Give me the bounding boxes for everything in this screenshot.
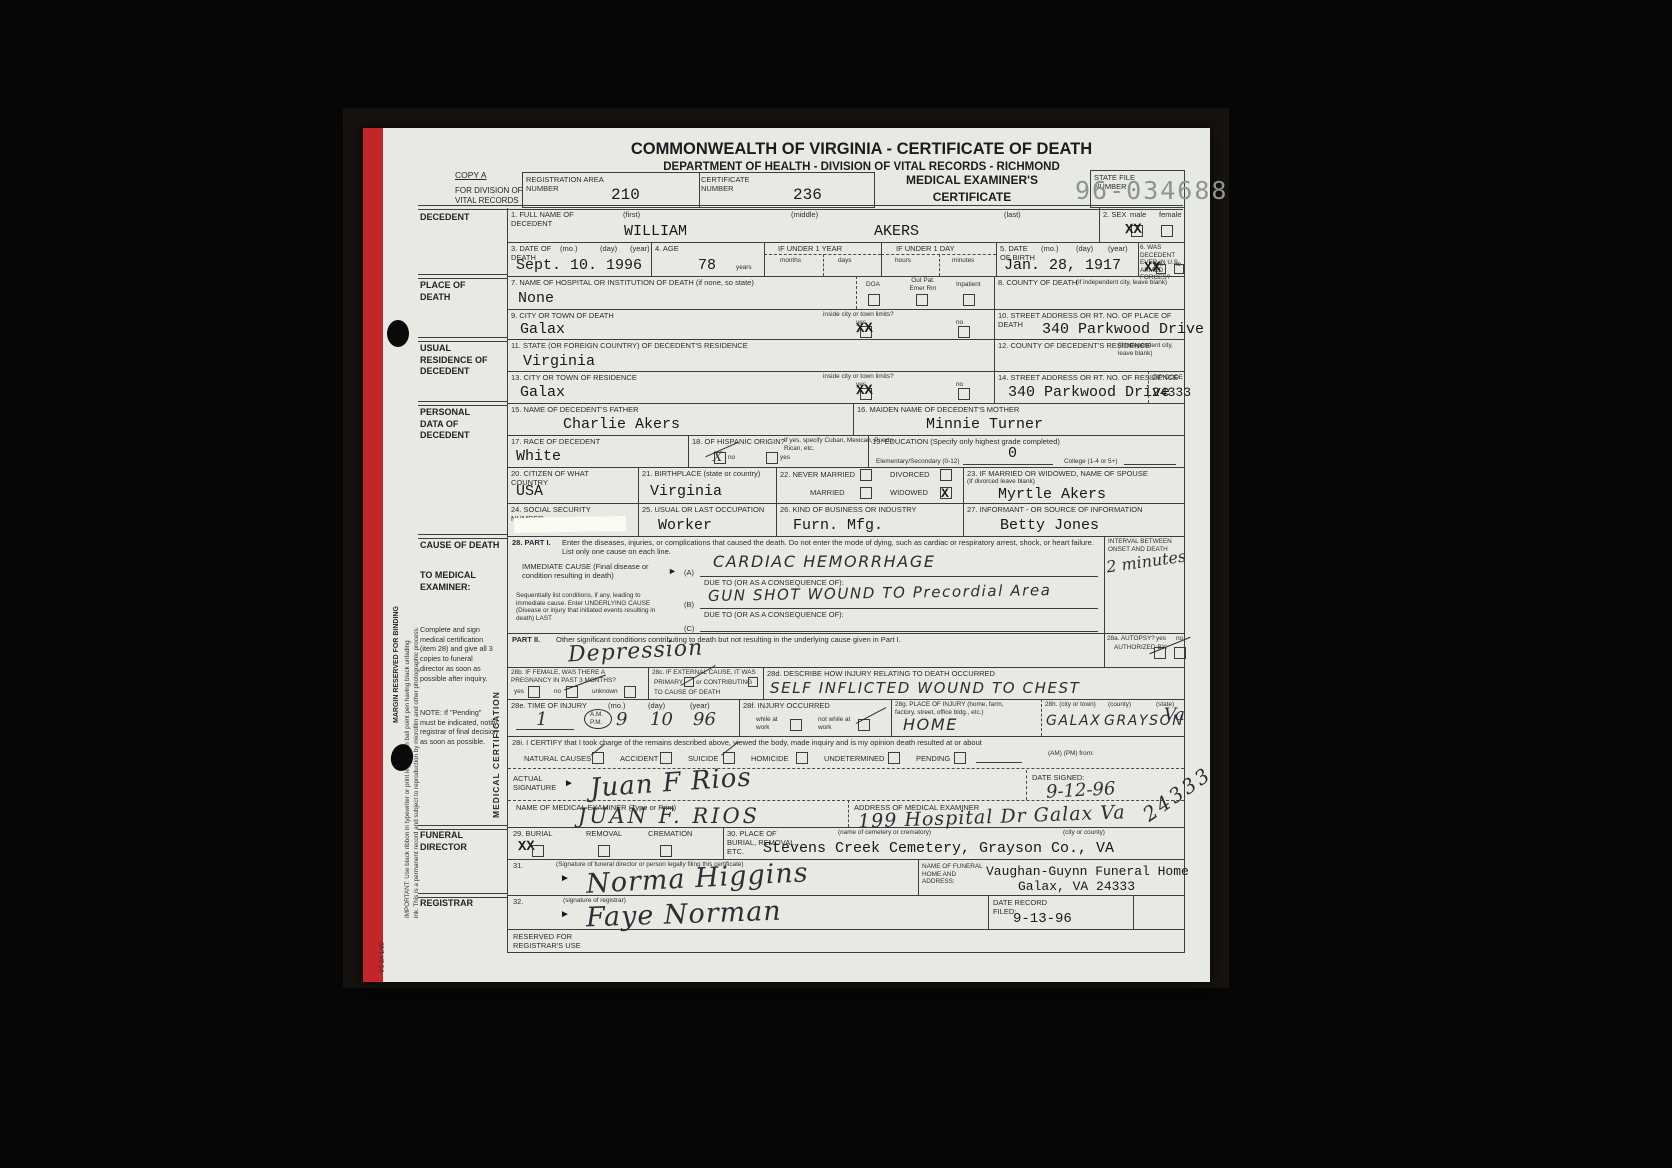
accident-label: ACCIDENT (620, 754, 658, 763)
sub-divider (848, 800, 849, 827)
cell-divider (881, 242, 882, 276)
funeral-home-address: Galax, VA 24333 (1018, 879, 1135, 894)
city-of-death-value: Galax (520, 321, 565, 338)
suicide-checkbox (723, 752, 735, 764)
certificate-number-value: 236 (793, 186, 822, 204)
spouse-label: 23. IF MARRIED OR WIDOWED, NAME OF SPOUS… (967, 469, 1177, 478)
day-sublabel: (day) (1076, 244, 1093, 253)
hospital-label: 7. NAME OF HOSPITAL OR INSTITUTION OF DE… (511, 278, 841, 287)
sub-divider (939, 254, 940, 276)
race-label: 17. RACE OF DECEDENT (511, 437, 600, 446)
no-sublabel: no (728, 454, 735, 462)
pm-sublabel: P.M. (590, 719, 602, 727)
sidebar-usual-residence: USUAL RESIDENCE OF DECEDENT (420, 343, 495, 378)
contributing-sublabel: or CONTRIBUTING (696, 679, 752, 687)
signature-pointer-icon: ► (564, 778, 574, 789)
full-name-label: 1. FULL NAME OF DECEDENT (511, 210, 581, 228)
hospital-value: None (518, 290, 554, 307)
natural-causes-checkbox (592, 752, 604, 764)
examiner-zip-scrawl: 24333 (1138, 762, 1216, 827)
injury-description-value: SELF INFLICTED WOUND TO CHEST (770, 679, 1080, 697)
years-sublabel: years (736, 264, 752, 272)
divorced-label: DIVORCED (890, 470, 930, 479)
informant-value: Betty Jones (1000, 517, 1099, 534)
burial-label: 29. BURIAL (513, 829, 553, 838)
forces-yes-mark: XX (1144, 260, 1161, 277)
section-divider (418, 401, 507, 406)
months-sublabel: months (780, 257, 801, 265)
removal-label: REMOVAL (586, 829, 622, 838)
pregnancy-label: 28b. IF FEMALE, WAS THERE A PREGNANCY IN… (511, 669, 641, 684)
sub-divider (1026, 770, 1027, 800)
autopsy-label: 28a. AUTOPSY? (1107, 635, 1155, 643)
cell-divider (994, 309, 995, 339)
cell-divider (776, 503, 777, 536)
section-divider (418, 534, 507, 539)
cell-divider (688, 435, 689, 467)
cell-divider (994, 339, 995, 371)
sex-label: 2. SEX (1103, 210, 1126, 219)
cell-divider (723, 827, 724, 859)
cremation-checkbox (660, 845, 672, 857)
reserved-strip: RESERVED FOR REGISTRAR'S USE (508, 929, 1184, 952)
cremation-label: CREMATION (648, 829, 692, 838)
certificate-number-box: CERTIFICATE NUMBER 236 (698, 172, 875, 208)
injury-month-value: 9 (616, 709, 627, 730)
scanned-death-certificate: MARGIN RESERVED FOR BINDING IMPORTANT: U… (0, 0, 1672, 1168)
immediate-cause-value: CARDIAC HEMORRHAGE (713, 552, 936, 571)
part2-block: PART II. Other significant conditions co… (508, 633, 1184, 668)
city-residence-value: Galax (520, 384, 565, 401)
informant-label: 27. INFORMANT - OR SOURCE OF INFORMATION (967, 505, 1177, 514)
cell-divider (1104, 536, 1105, 633)
yes-sublabel: yes (514, 688, 524, 696)
cell-divider (891, 699, 892, 736)
cell-divider (1099, 208, 1100, 242)
place-of-injury-value: HOME (903, 715, 958, 734)
city-town-sublabel: 28h. (city or town) (1045, 701, 1096, 709)
pending-label: PENDING (916, 754, 950, 763)
not-while-at-work-sublabel: not while at work (818, 716, 854, 731)
part1-head: 28. PART I. (512, 538, 551, 547)
cell-divider (963, 503, 964, 536)
burial-checkbox (532, 845, 544, 857)
elementary-sublabel: Elementary/Secondary (0-12) (876, 458, 959, 466)
never-married-checkbox (860, 469, 872, 481)
row-city-residence: 13. CITY OR TOWN OF RESIDENCE Galax insi… (508, 371, 1184, 404)
row-burial: 29. BURIAL REMOVAL CREMATION XX 30. PLAC… (508, 827, 1184, 860)
fill-line (516, 729, 574, 730)
fill-line (976, 762, 1022, 763)
no-sublabel: no (554, 688, 561, 696)
mother-value: Minnie Turner (926, 416, 1043, 433)
row-parents: 15. NAME OF DECEDENT'S FATHER Charlie Ak… (508, 403, 1184, 436)
part1-head-text: Enter the diseases, injuries, or complic… (562, 538, 1102, 547)
copy-label: COPY A (455, 170, 487, 180)
sidebar-personal-data: PERSONAL DATA OF DECEDENT (420, 407, 495, 442)
registrar-signature: Faye Norman (586, 896, 783, 934)
line-a-sublabel: (A) (684, 568, 694, 577)
injury-year-value: 96 (693, 709, 716, 730)
cell-divider (996, 242, 997, 276)
sidebar-registrar: REGISTRAR (420, 898, 473, 910)
fill-line (1124, 464, 1176, 465)
race-value: White (516, 448, 561, 465)
state-file-number-stamp: 96-034688 (1075, 176, 1228, 205)
block-28i: 28i. I CERTIFY that I took charge of the… (508, 736, 1184, 828)
row-registrar-signature: 32. (signature of registrar) ► Faye Norm… (508, 895, 1184, 930)
year-sublabel: (year) (630, 244, 650, 253)
doa-checkbox (868, 294, 880, 306)
cell-divider (638, 503, 639, 536)
margin-important-text-1: IMPORTANT: Use black ribbon in typewrite… (404, 418, 413, 918)
sub-divider (856, 276, 857, 309)
married-checkbox (860, 487, 872, 499)
college-sublabel: College (1-4 or 5+) (1064, 458, 1117, 466)
cell-divider (776, 467, 777, 503)
injury-city-value: GALAX (1046, 713, 1101, 729)
undetermined-label: UNDETERMINED (824, 754, 884, 763)
row-28e: 28e. TIME OF INJURY (mo.) (day) (year) 1… (508, 699, 1184, 737)
part1-block: 28. PART I. Enter the diseases, injuries… (508, 536, 1184, 634)
unknown-sublabel: unknown (592, 688, 618, 696)
row-citizen: 20. CITIZEN OF WHAT COUNTRY USA 21. BIRT… (508, 467, 1184, 504)
certificate-paper: MARGIN RESERVED FOR BINDING IMPORTANT: U… (363, 128, 1210, 982)
row-full-name: 1. FULL NAME OF DECEDENT (first) (middle… (508, 208, 1184, 243)
ampm-from-label: (AM) (PM) from: (1048, 750, 1094, 758)
part1-head-text2: List only one cause on each line. (562, 547, 671, 556)
homicide-checkbox (796, 752, 808, 764)
cell-divider (988, 895, 989, 929)
reserved-label: RESERVED FOR REGISTRAR'S USE (513, 932, 583, 950)
dashed-divider (508, 768, 1184, 769)
funeral-home-label: NAME OF FUNERAL HOME AND ADDRESS: (922, 863, 984, 886)
hole-punch (387, 320, 409, 347)
cell-divider (648, 667, 649, 699)
county-of-death-label: 8. COUNTY OF DEATH (998, 278, 1077, 287)
sidebar-funeral-director: FUNERAL DIRECTOR (420, 830, 490, 853)
sex-male-label: male (1130, 210, 1146, 219)
sub-divider (1148, 371, 1149, 403)
cell-divider (1133, 895, 1134, 929)
dashed-divider (508, 800, 1184, 801)
suicide-label: SUICIDE (688, 754, 718, 763)
actual-signature-label: ACTUAL SIGNATURE (513, 774, 557, 792)
outpat-checkbox (916, 294, 928, 306)
date-of-death-value: Sept. 10. 1996 (516, 257, 642, 274)
row-state-residence: 11. STATE (OR FOREIGN COUNTRY) OF DECEDE… (508, 339, 1184, 372)
whiteout-patch (514, 516, 626, 533)
doa-label: DOA (866, 281, 880, 289)
cell-divider (918, 859, 919, 895)
primary-sublabel: PRIMARY (654, 679, 683, 687)
cemetery-note: (name of cemetery or crematory) (838, 829, 931, 837)
sidebar-decedent: DECEDENT (420, 212, 470, 224)
date-of-birth-value: Jan. 28, 1917 (1004, 257, 1121, 274)
sidebar-note: NOTE: If "Pending" must be indicated, no… (420, 708, 498, 747)
cell-divider (763, 667, 764, 699)
city-county-note: (city or county) (1063, 829, 1105, 837)
sequential-label: Sequentially list conditions, if any, le… (516, 592, 666, 622)
accident-checkbox (660, 752, 672, 764)
county-sublabel: (county) (1108, 701, 1131, 709)
natural-causes-label: NATURAL CAUSES (524, 754, 591, 763)
birthplace-value: Virginia (650, 483, 722, 500)
education-value: 0 (1008, 445, 1017, 462)
section-divider (418, 337, 507, 342)
citizen-value: USA (516, 483, 543, 500)
medical-examiners-label: MEDICAL EXAMINER'S (874, 173, 1070, 187)
cell-divider (651, 242, 652, 276)
binding-red-strip (363, 128, 383, 982)
cause-line-c (700, 631, 1098, 632)
fill-line (963, 464, 1053, 465)
autopsy-no-checkbox (1174, 647, 1186, 659)
cell-divider (853, 403, 854, 435)
year-sublabel: (year) (1108, 244, 1128, 253)
injury-occurred-label: 28f. INJURY OCCURRED (743, 701, 830, 710)
sex-male-mark: XX (1125, 222, 1142, 239)
examiner-name-value: JUAN F. RIOS (578, 804, 760, 828)
mo-sublabel: (mo.) (560, 244, 578, 253)
place-of-injury-label: 28g. PLACE OF INJURY (home, farm, factor… (895, 701, 1025, 716)
certificate-word-label: CERTIFICATE (874, 190, 1070, 204)
item-32-number: 32. (513, 897, 523, 906)
zip-label: ZIP CODE (1153, 374, 1183, 382)
sidebar-place-of-death: PLACE OF DEATH (420, 280, 490, 303)
education-label: 19. EDUCATION (Specify only highest grad… (872, 437, 1060, 446)
divorced-checkbox (940, 469, 952, 481)
injury-description-label: 28d. DESCRIBE HOW INJURY RELATING TO DEA… (767, 669, 995, 678)
street-of-death-value: 340 Parkwood Drive (1042, 321, 1204, 338)
age-label: 4. AGE (655, 244, 679, 253)
street-residence-value: 340 Parkwood Drive (1008, 384, 1170, 401)
sidebar-to-medical-examiner: TO MEDICAL EXAMINER: (420, 570, 490, 593)
first-sublabel: (first) (623, 210, 640, 219)
signature-pointer-icon: ► (560, 873, 570, 884)
time-of-injury-label: 28e. TIME OF INJURY (511, 701, 587, 710)
cell-divider (994, 276, 995, 309)
form-code: VS 2A 1/89 (379, 918, 387, 973)
certificate-number-label: CERTIFICATE NUMBER (701, 175, 771, 193)
registration-area-value: 210 (611, 186, 640, 204)
last-sublabel: (last) (1004, 210, 1021, 219)
zip-value: 24333 (1152, 385, 1191, 400)
cell-divider (963, 467, 964, 503)
if-under-1-year-label: IF UNDER 1 YEAR (778, 244, 842, 253)
county-residence-note: (if independent city, leave blank) (1118, 342, 1184, 357)
registration-area-box: REGISTRATION AREA NUMBER 210 (522, 172, 700, 208)
cell-divider (1138, 242, 1139, 276)
check-mark (856, 707, 886, 724)
row-city-of-death: 9. CITY OR TOWN OF DEATH Galax inside ci… (508, 309, 1184, 340)
sex-female-checkbox (1161, 225, 1173, 237)
row-hospital: 7. NAME OF HOSPITAL OR INSTITUTION OF DE… (508, 276, 1184, 310)
while-at-work-sublabel: while at work (756, 716, 786, 731)
forces-no-checkbox (1174, 264, 1184, 274)
cell-divider (994, 371, 995, 403)
cause-line-a (700, 576, 1098, 577)
county-of-death-note: (if independent city, leave blank) (1076, 279, 1167, 287)
minutes-sublabel: minutes (952, 257, 974, 265)
sidebar-cause-of-death: CAUSE OF DEATH (420, 540, 500, 552)
day-sublabel: (day) (600, 244, 617, 253)
certificate-form: 1. FULL NAME OF DECEDENT (first) (middle… (507, 208, 1185, 953)
limits-yes-mark: XX (856, 383, 873, 400)
spouse-note: (If divorced leave blank) (967, 478, 1035, 486)
am-sublabel: A.M. (590, 711, 603, 719)
removal-checkbox (598, 845, 610, 857)
mo-sublabel: (mo.) (1041, 244, 1059, 253)
item-31-number: 31. (513, 861, 523, 870)
limits-no-checkbox (958, 326, 970, 338)
father-label: 15. NAME OF DECEDENT'S FATHER (511, 405, 639, 414)
undetermined-checkbox (888, 752, 900, 764)
row-ssn: 24. SOCIAL SECURITY NUMBER 25. USUAL OR … (508, 503, 1184, 537)
never-married-label: 22. NEVER MARRIED (780, 470, 855, 479)
mother-label: 16. MAIDEN NAME OF DECEDENT'S MOTHER (857, 405, 1019, 414)
row-date-of-death: 3. DATE OF DEATH (mo.) (day) (year) Sept… (508, 242, 1184, 277)
outpat-emer-label: Out Pat. Emer Rm (906, 277, 940, 292)
father-value: Charlie Akers (563, 416, 680, 433)
date-filed-value: 9-13-96 (1013, 911, 1072, 927)
signature-pointer-icon: ► (560, 909, 570, 920)
row-race: 17. RACE OF DECEDENT White 18. OF HISPAN… (508, 435, 1184, 468)
industry-value: Furn. Mfg. (793, 517, 883, 534)
middle-sublabel: (middle) (791, 210, 818, 219)
homicide-label: HOMICIDE (751, 754, 789, 763)
pregnancy-unknown-checkbox (624, 686, 636, 698)
cell-divider (1104, 633, 1105, 667)
row-28b: 28b. IF FEMALE, WAS THERE A PREGNANCY IN… (508, 667, 1184, 700)
to-cause-sublabel: TO CAUSE OF DEATH (654, 689, 720, 697)
yes-sublabel: yes (1156, 635, 1166, 643)
place-of-burial-value: Stevens Creek Cemetery, Grayson Co., VA (763, 840, 1114, 857)
cell-divider (638, 467, 639, 503)
days-sublabel: days (838, 257, 852, 265)
hours-sublabel: hours (895, 257, 911, 265)
widowed-mark: X (941, 486, 949, 501)
spouse-value: Myrtle Akers (998, 486, 1106, 503)
city-of-death-label: 9. CITY OR TOWN OF DEATH (511, 311, 614, 320)
contributing-checkbox (748, 677, 758, 687)
pending-checkbox (954, 752, 966, 764)
yes-sublabel: yes (780, 454, 790, 462)
state-residence-label: 11. STATE (OR FOREIGN COUNTRY) OF DECEDE… (511, 341, 748, 350)
injury-day-value: 10 (650, 709, 673, 730)
injury-state-value: Va (1164, 705, 1185, 725)
immediate-cause-label: IMMEDIATE CAUSE (Final disease or condit… (522, 562, 652, 580)
section-divider (418, 274, 507, 279)
street-residence-label: 14. STREET ADDRESS OR RT. NO. OF RESIDEN… (998, 373, 1178, 382)
margin-binding-text: MARGIN RESERVED FOR BINDING (393, 383, 403, 723)
city-residence-label: 13. CITY OR TOWN OF RESIDENCE (511, 373, 637, 382)
cause-line-b (700, 608, 1098, 609)
hispanic-yes-checkbox (766, 452, 778, 464)
cell-divider (764, 242, 765, 276)
limits-label: inside city or town limits? (823, 373, 894, 381)
while-at-work-checkbox (790, 719, 802, 731)
industry-label: 26. KIND OF BUSINESS OR INDUSTRY (780, 505, 940, 514)
if-under-1-day-label: IF UNDER 1 DAY (896, 244, 955, 253)
limits-label: inside city or town limits? (823, 311, 894, 319)
cell-divider (739, 699, 740, 736)
sub-divider (823, 254, 824, 276)
registration-area-label: REGISTRATION AREA NUMBER (526, 175, 606, 193)
occupation-label: 25. USUAL OR LAST OCCUPATION (642, 505, 767, 514)
state-residence-value: Virginia (523, 353, 595, 370)
line-b-sublabel: (B) (684, 600, 694, 609)
part2-head: PART II. (512, 635, 540, 644)
sidebar-instructions: Complete and sign medical certification … (420, 625, 498, 683)
widowed-label: WIDOWED (890, 488, 928, 497)
last-name-value: AKERS (874, 223, 919, 240)
occupation-value: Worker (658, 517, 712, 534)
sex-female-label: female (1159, 210, 1182, 219)
medical-certification-vertical-label: MEDICAL CERTIFICATION (491, 578, 502, 818)
limits-yes-mark: XX (856, 321, 873, 338)
first-name-value: WILLIAM (624, 223, 687, 240)
limits-no-checkbox (958, 388, 970, 400)
birthplace-label: 21. BIRTHPLACE (state or country) (642, 469, 762, 478)
sub-divider (1041, 699, 1042, 736)
inpatient-label: Inpatient (956, 281, 981, 289)
inpatient-checkbox (963, 294, 975, 306)
certificate-title: COMMONWEALTH OF VIRGINIA - CERTIFICATE O… (523, 140, 1200, 159)
funeral-home-name: Vaughan-Guynn Funeral Home (986, 864, 1189, 879)
row-funeral-signature: 31. (Signature of funeral director or pe… (508, 859, 1184, 896)
line-c-sublabel: (C) (684, 624, 694, 633)
time-value: 1 (536, 709, 547, 730)
pregnancy-yes-checkbox (528, 686, 540, 698)
arrow-icon: ► (668, 566, 677, 576)
cell-divider (868, 435, 869, 467)
due-to-label-2: DUE TO (OR AS A CONSEQUENCE OF): (704, 610, 844, 619)
age-value: 78 (698, 257, 716, 274)
married-label: MARRIED (810, 488, 845, 497)
